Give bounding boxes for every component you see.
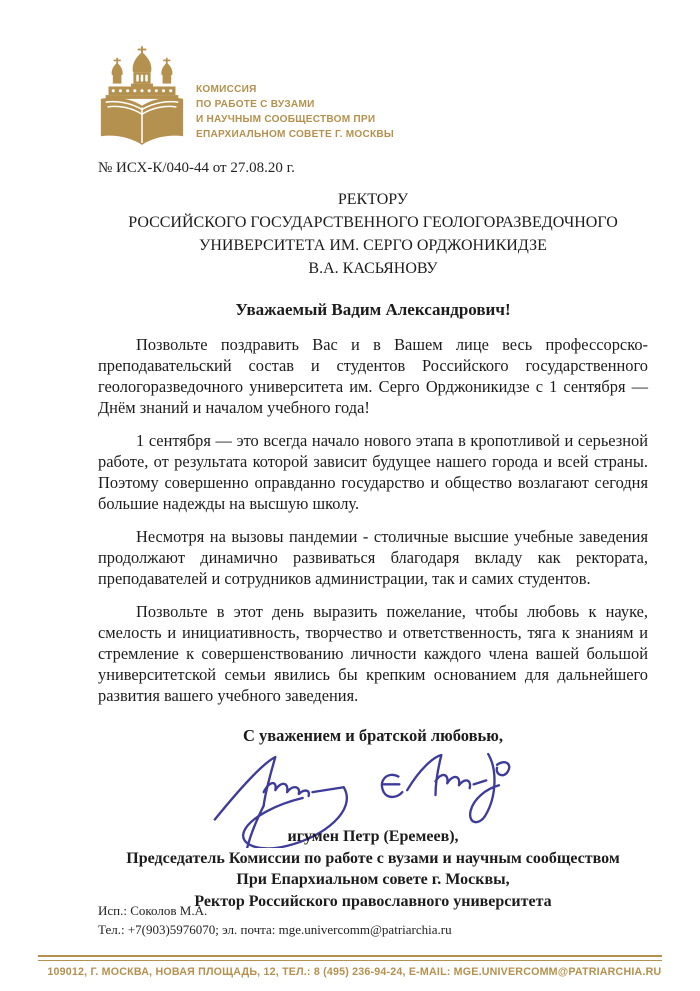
paragraph-3: Несмотря на вызовы пандемии - столичные … xyxy=(98,526,648,589)
footer-divider xyxy=(38,955,662,961)
closing-phrase: С уважением и братской любовью, xyxy=(98,726,648,746)
signer-title-line: При Епархиальном совете г. Москвы, xyxy=(98,869,648,891)
executor-name: Исп.: Соколов М.А. xyxy=(98,901,452,920)
recipient-block: РЕКТОРУ РОССИЙСКОГО ГОСУДАРСТВЕННОГО ГЕО… xyxy=(98,188,648,280)
recipient-line: РЕКТОРУ xyxy=(98,188,648,211)
outgoing-reference-number: № ИСХ-К/040-44 от 27.08.20 г. xyxy=(98,160,648,177)
paragraph-2: 1 сентября — это всегда начало нового эт… xyxy=(98,430,648,514)
salutation: Уважаемый Вадим Александрович! xyxy=(98,300,648,320)
signer-name: игумен Петр (Еремеев), xyxy=(98,826,648,848)
letter-footer: 109012, Г. МОСКВА, НОВАЯ ПЛОЩАДЬ, 12, ТЕ… xyxy=(38,955,662,978)
org-name: КОМИССИЯ ПО РАБОТЕ С ВУЗАМИ И НАУЧНЫМ СО… xyxy=(196,82,394,142)
logo-row: КОМИССИЯ ПО РАБОТЕ С ВУЗАМИ И НАУЧНЫМ СО… xyxy=(98,46,648,148)
signature-block: игумен Петр (Еремеев), Председатель Коми… xyxy=(98,826,648,912)
letterhead: КОМИССИЯ ПО РАБОТЕ С ВУЗАМИ И НАУЧНЫМ СО… xyxy=(98,46,648,177)
footer-address: 109012, Г. МОСКВА, НОВАЯ ПЛОЩАДЬ, 12, ТЕ… xyxy=(47,966,652,978)
org-name-line: И НАУЧНЫМ СООБЩЕСТВОМ ПРИ xyxy=(196,112,394,127)
church-book-logo-icon xyxy=(98,46,186,148)
letter-page: КОМИССИЯ ПО РАБОТЕ С ВУЗАМИ И НАУЧНЫМ СО… xyxy=(0,0,700,991)
paragraph-4: Позвольте в этот день выразить пожелание… xyxy=(98,601,648,706)
recipient-line: В.А. КАСЬЯНОВУ xyxy=(98,257,648,280)
executor-contacts: Тел.: +7(903)5976070; эл. почта: mge.uni… xyxy=(98,920,452,939)
recipient-line: УНИВЕРСИТЕТА ИМ. СЕРГО ОРДЖОНИКИДЗЕ xyxy=(98,234,648,257)
org-name-line: ЕПАРХИАЛЬНОМ СОВЕТЕ Г. МОСКВЫ xyxy=(196,127,394,142)
org-name-line: ПО РАБОТЕ С ВУЗАМИ xyxy=(196,97,394,112)
recipient-line: РОССИЙСКОГО ГОСУДАРСТВЕННОГО ГЕОЛОГОРАЗВ… xyxy=(98,211,648,234)
letter-body: РЕКТОРУ РОССИЙСКОГО ГОСУДАРСТВЕННОГО ГЕО… xyxy=(98,188,648,912)
executor-block: Исп.: Соколов М.А. Тел.: +7(903)5976070;… xyxy=(98,901,452,939)
paragraph-1: Позвольте поздравить Вас и в Вашем лице … xyxy=(98,334,648,418)
org-name-line: КОМИССИЯ xyxy=(196,82,394,97)
signer-title-line: Председатель Комиссии по работе с вузами… xyxy=(98,848,648,870)
